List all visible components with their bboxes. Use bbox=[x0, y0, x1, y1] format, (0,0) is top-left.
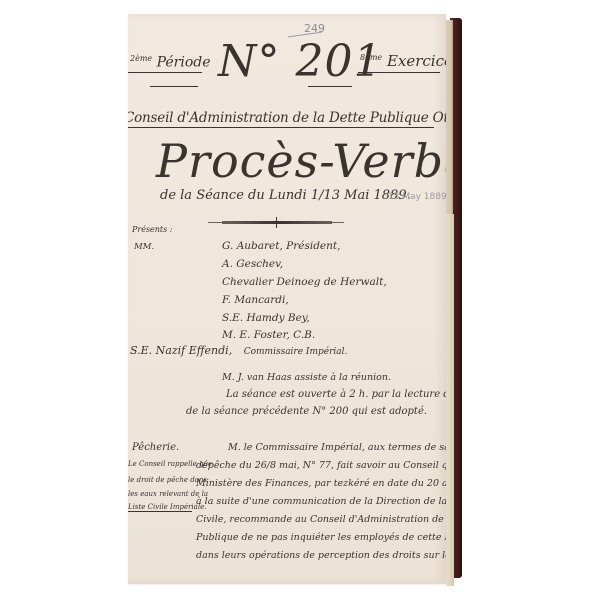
commissaire-name: S.E. Nazif Effendi, bbox=[130, 344, 232, 357]
period-ordinal: 2ème bbox=[130, 54, 152, 63]
opening-line: de la séance précédente N° 200 qui est a… bbox=[186, 406, 427, 417]
member-name: S.E. Hamdy Bey, bbox=[222, 312, 310, 324]
member-name: Chevalier Deinoeg de Herwalt, bbox=[222, 276, 387, 288]
exercice-ordinal: 8ème bbox=[360, 53, 382, 62]
margin-underline bbox=[128, 511, 192, 512]
ornamental-divider bbox=[222, 221, 332, 224]
margin-section-title: Pêcherie. bbox=[132, 442, 179, 453]
body-line: dépêche du 26/8 mai, N° 77, fait savoir … bbox=[196, 460, 446, 471]
period-label: 2ème Période bbox=[130, 54, 211, 71]
pencil-annotation: 249 bbox=[304, 22, 325, 35]
council-heading: Conseil d'Administration de la Dette Pub… bbox=[128, 110, 446, 126]
exercice-text: Exercice. bbox=[387, 52, 446, 70]
page-stack-edge-inner bbox=[446, 214, 454, 586]
messieurs-label: MM. bbox=[134, 242, 154, 252]
member-name: M. E. Foster, C.B. bbox=[222, 329, 315, 341]
assistant-line: M. J. van Haas assiste à la réunion. bbox=[222, 372, 391, 383]
period-underline-lower bbox=[150, 86, 198, 87]
body-line: M. le Commissaire Impérial, aux termes d… bbox=[228, 442, 446, 453]
body-line: à la suite d'une communication de la Dir… bbox=[196, 496, 446, 507]
session-pencil-note: 13 May 1889 bbox=[388, 192, 446, 202]
member-name: F. Mancardi, bbox=[222, 294, 289, 306]
number-underline bbox=[308, 86, 352, 87]
member-name: A. Geschev, bbox=[222, 258, 283, 270]
body-line: Ministère des Finances, par tezkéré en d… bbox=[196, 478, 446, 489]
exercice-label: 8ème Exercice. bbox=[360, 52, 446, 70]
record-number: N° 201 bbox=[218, 36, 382, 87]
page-title: Procès-Verbal bbox=[156, 134, 446, 188]
commissaire-line: S.E. Nazif Effendi, Commissaire Impérial… bbox=[130, 344, 347, 357]
commissaire-role: Commissaire Impérial. bbox=[244, 347, 348, 357]
number-label: N° bbox=[218, 36, 281, 87]
member-name: G. Aubaret, Président, bbox=[222, 240, 340, 252]
opening-line: La séance est ouverte à 2 h. par la lect… bbox=[226, 389, 446, 400]
ledger-book: 2ème Période N° 201 249 8ème Exercice. C… bbox=[128, 14, 470, 586]
body-line: dans leurs opérations de perception des … bbox=[196, 550, 446, 561]
exercice-underline bbox=[358, 72, 440, 73]
ledger-page: 2ème Période N° 201 249 8ème Exercice. C… bbox=[128, 14, 446, 584]
period-text: Période bbox=[157, 55, 211, 71]
period-underline bbox=[128, 72, 202, 73]
session-date: de la Séance du Lundi 1/13 Mai 1889. bbox=[160, 188, 411, 203]
margin-note: Liste Civile Impériale. bbox=[128, 503, 206, 511]
divider-tick bbox=[276, 217, 277, 228]
body-line: Publique de ne pas inquiéter les employé… bbox=[196, 532, 446, 543]
presents-label: Présents : bbox=[132, 225, 173, 234]
council-underline bbox=[128, 127, 434, 128]
body-line: Civile, recommande au Conseil d'Administ… bbox=[196, 514, 446, 525]
